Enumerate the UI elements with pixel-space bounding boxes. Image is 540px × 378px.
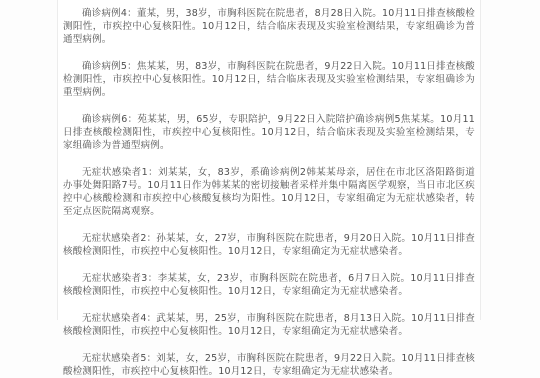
article-body: 确诊病例4：董某，男，38岁，市胸科医院在院患者，8月28日入院。10月11日排… xyxy=(63,7,475,320)
paragraph-confirmed-case-4: 确诊病例4：董某，男，38岁，市胸科医院在院患者，8月28日入院。10月11日排… xyxy=(63,7,475,46)
paragraph-confirmed-case-5: 确诊病例5：焦某某，男，83岁，市胸科医院在院患者，9月22日入院。10月11日… xyxy=(63,60,475,99)
article-page: 确诊病例4：董某，男，38岁，市胸科医院在院患者，8月28日入院。10月11日排… xyxy=(57,0,481,320)
paragraph-asymptomatic-case-2: 无症状感染者2：孙某某，女，27岁，市胸科医院在院患者，9月20日入院。10月1… xyxy=(63,232,475,258)
paragraph-asymptomatic-case-1: 无症状感染者1：刘某某，女，83岁，系确诊病例2韩某某母亲，居住在市北区洛阳路街… xyxy=(63,166,475,218)
paragraph-asymptomatic-case-3: 无症状感染者3：李某某，女，23岁，市胸科医院在院患者，6月7日入院。10月11… xyxy=(63,272,475,298)
paragraph-confirmed-case-6: 确诊病例6：苑某某，男，65岁，专职陪护，9月22日入院陪护确诊病例5焦某某。1… xyxy=(63,113,475,152)
paragraph-asymptomatic-case-4: 无症状感染者4：武某某，男，25岁，市胸科医院在院患者，8月13日入院。10月1… xyxy=(63,312,475,320)
